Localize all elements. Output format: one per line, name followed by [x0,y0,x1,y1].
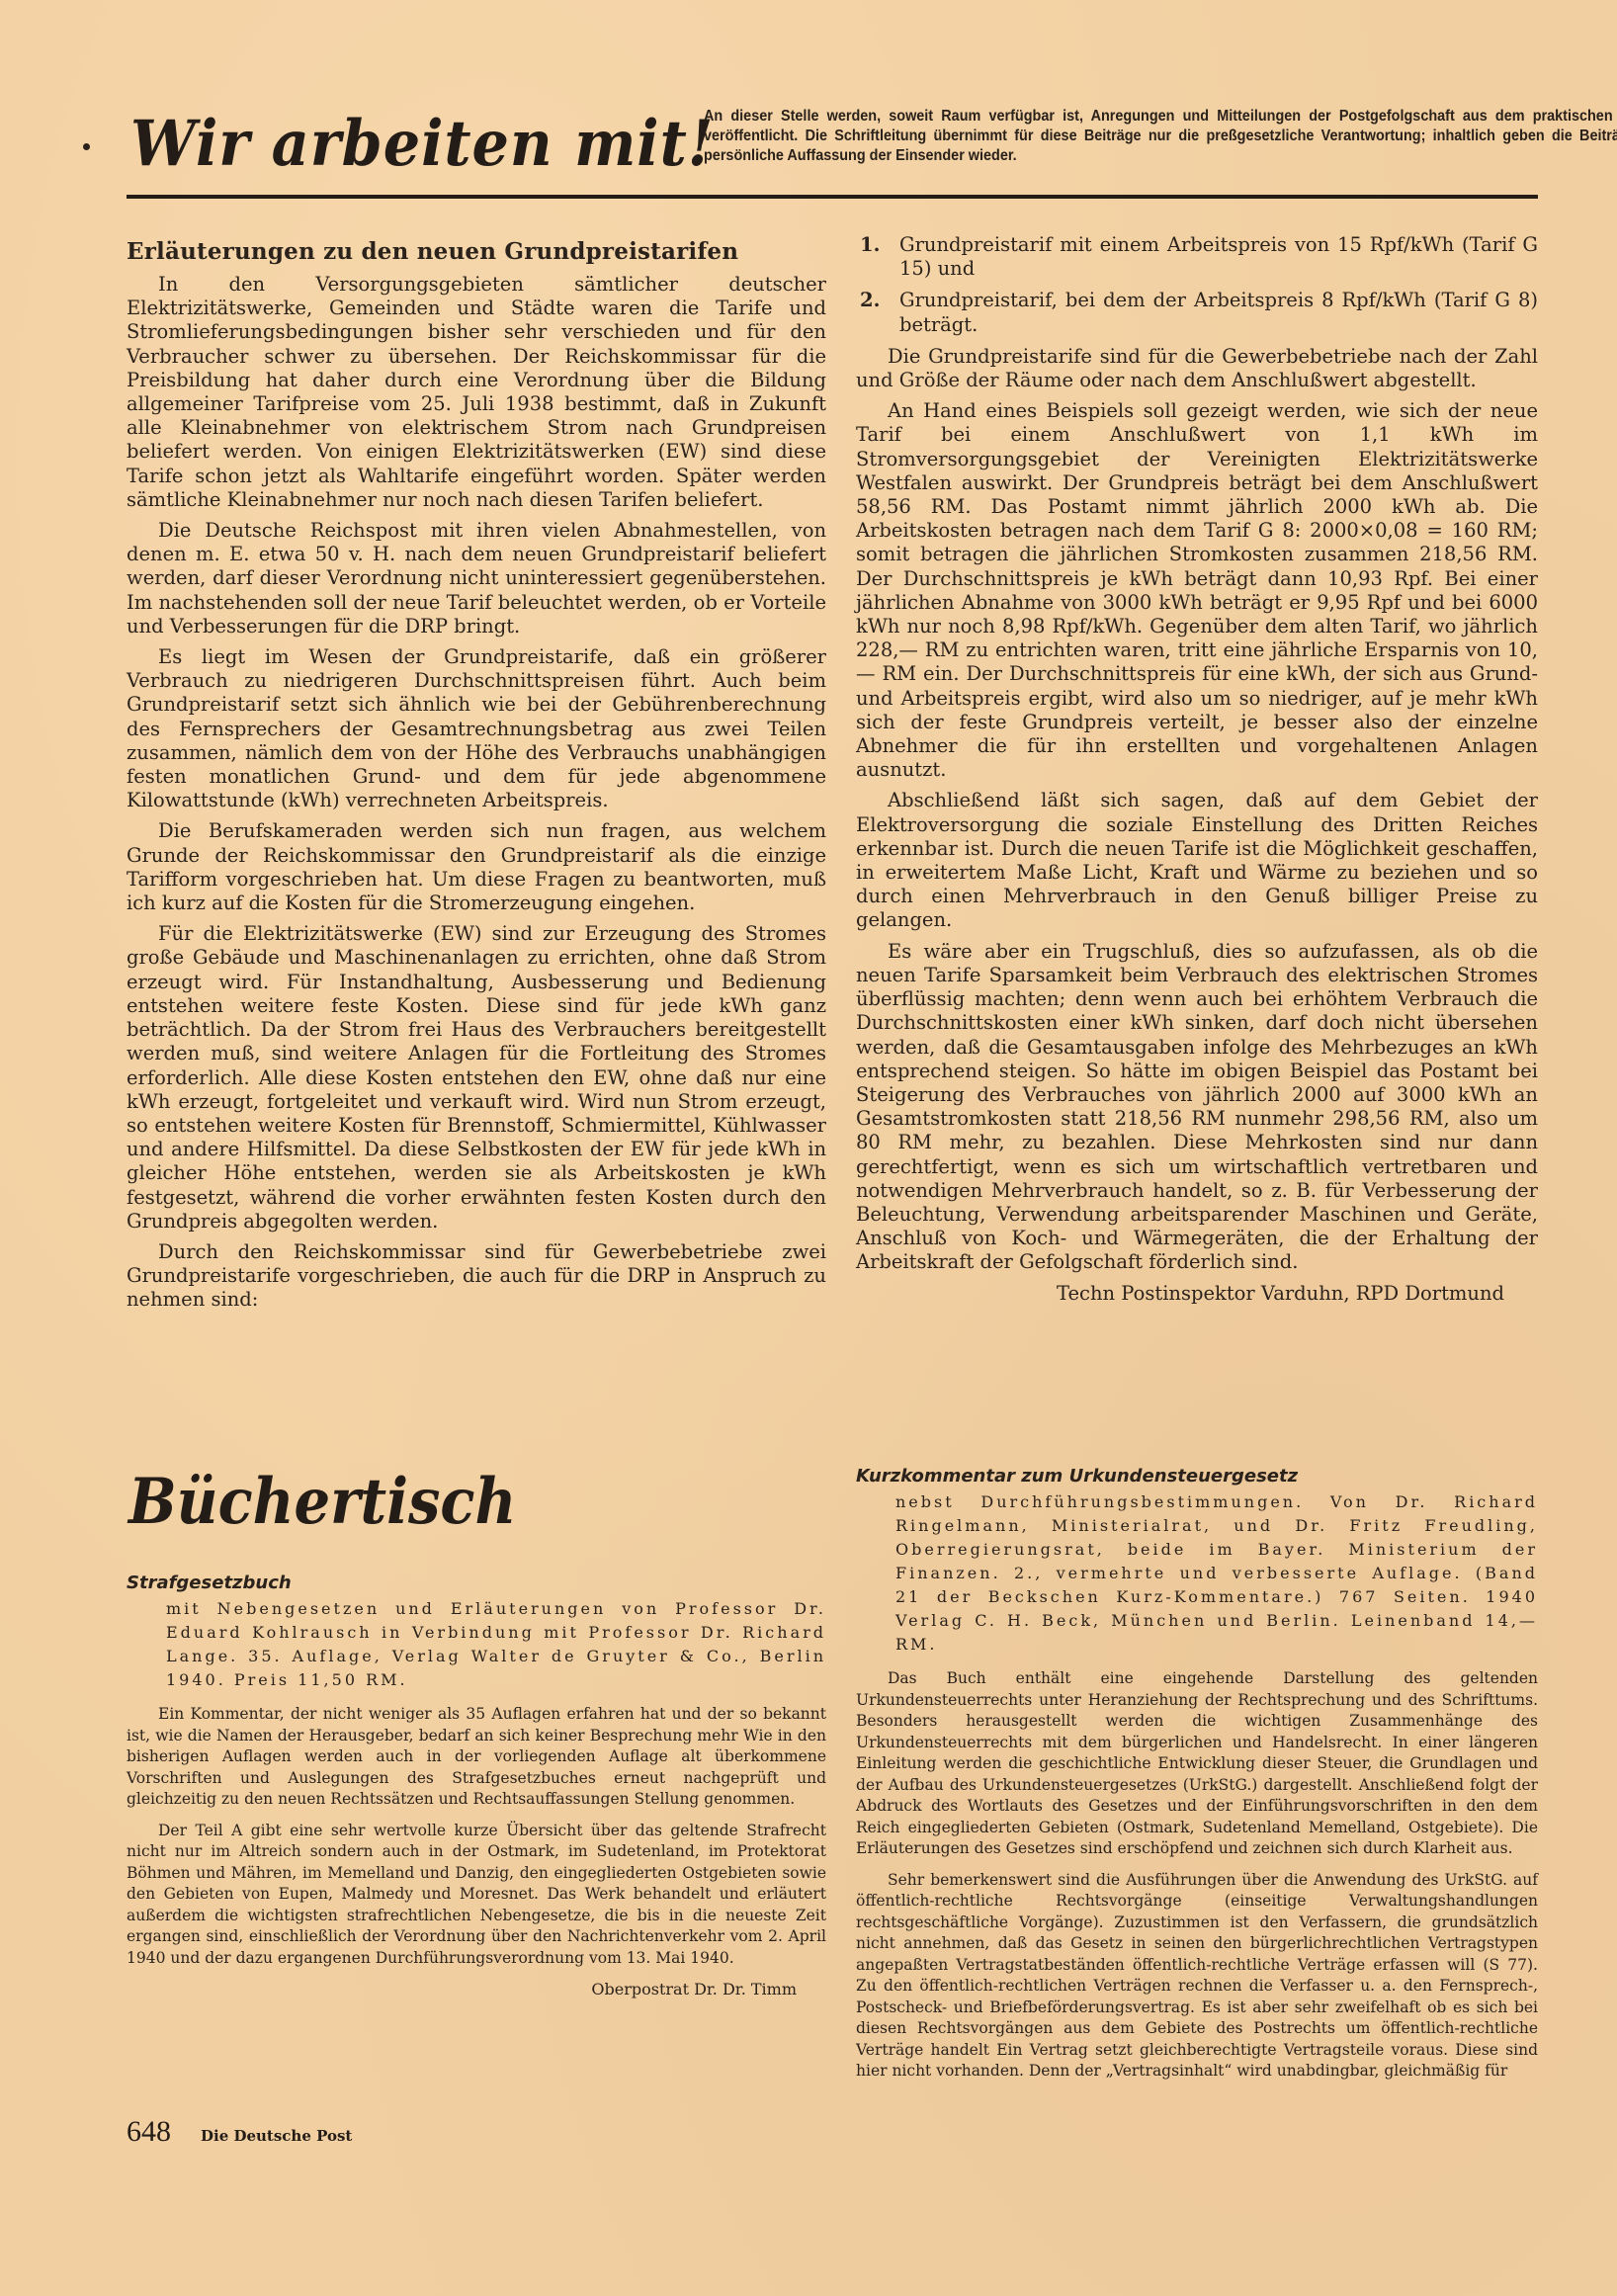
masthead-editorial-note: An dieser Stelle werden, soweit Raum ver… [704,107,1617,166]
article-paragraph: Es wäre aber ein Trugschluß, dies so auf… [856,940,1538,1275]
book-bibliographic-info: nebst Durchführungsbestimmungen. Von Dr.… [856,1490,1538,1657]
book-bibliographic-info: mit Nebengesetzen und Erläuterungen von … [127,1597,826,1692]
masthead-rule [127,195,1538,199]
newspaper-page: Wir arbeiten mit! An dieser Stelle werde… [0,0,1617,2296]
review-paragraph: Das Buch enthält eine eingehende Darstel… [856,1668,1538,1860]
review-signature: Oberpostrat Dr. Dr. Timm [127,1979,826,2000]
masthead-title: Wir arbeiten mit! [130,113,714,176]
books-section-title: Büchertisch [128,1471,516,1534]
article-paragraph: Die Deutsche Reichspost mit ihren vielen… [127,519,826,638]
article-paragraph: Durch den Reichskommissar sind für Gewer… [127,1240,826,1313]
review-paragraph: Ein Kommentar, der nicht weniger als 35 … [127,1704,826,1811]
article-signature: Techn Postinspektor Varduhn, RPD Dortmun… [856,1282,1538,1306]
page-number: 648 [127,2115,171,2149]
ink-dot [83,143,90,150]
article-title: Erläuterungen zu den neuen Grundpreistar… [127,237,826,267]
article-right-column: 1. Grundpreistarif mit einem Arbeitsprei… [856,233,1538,1306]
masthead: Wir arbeiten mit! An dieser Stelle werde… [127,107,1538,198]
tariff-list-item: 2. Grundpreistarif, bei dem der Arbeitsp… [856,289,1538,336]
article-paragraph: Für die Elektrizitätswerke (EW) sind zur… [127,922,826,1233]
book-title: Kurzkommentar zum Urkundensteuergesetz [856,1465,1538,1488]
article-paragraph: Die Berufskameraden werden sich nun frag… [127,819,826,915]
list-text: Grundpreistarif, bei dem der Arbeitsprei… [899,289,1538,336]
book-review-left: Strafgesetzbuch mit Nebengesetzen und Er… [127,1572,826,2000]
review-paragraph: Der Teil A gibt eine sehr wertvolle kurz… [127,1821,826,1970]
list-text: Grundpreistarif mit einem Arbeitspreis v… [899,233,1538,281]
book-review-right: Kurzkommentar zum Urkundensteuergesetz n… [856,1465,1538,2092]
tariff-list-item: 1. Grundpreistarif mit einem Arbeitsprei… [856,233,1538,281]
book-title: Strafgesetzbuch [127,1572,826,1595]
list-number: 1. [856,233,899,281]
article-paragraph: Die Grundpreistarife sind für die Gewerb… [856,345,1538,392]
article-paragraph: An Hand eines Beispiels soll gezeigt wer… [856,399,1538,782]
review-paragraph: Sehr bemerkenswert sind die Ausführungen… [856,1870,1538,2083]
article-paragraph: Abschließend läßt sich sagen, daß auf de… [856,789,1538,932]
page-footer: 648 Die Deutsche Post [127,2115,352,2149]
list-number: 2. [856,289,899,336]
article-left-column: Erläuterungen zu den neuen Grundpreistar… [127,237,826,1319]
publication-name: Die Deutsche Post [201,2127,352,2145]
article-paragraph: In den Versorgungsgebieten sämtlicher de… [127,273,826,512]
article-paragraph: Es liegt im Wesen der Grundpreistarife, … [127,645,826,812]
